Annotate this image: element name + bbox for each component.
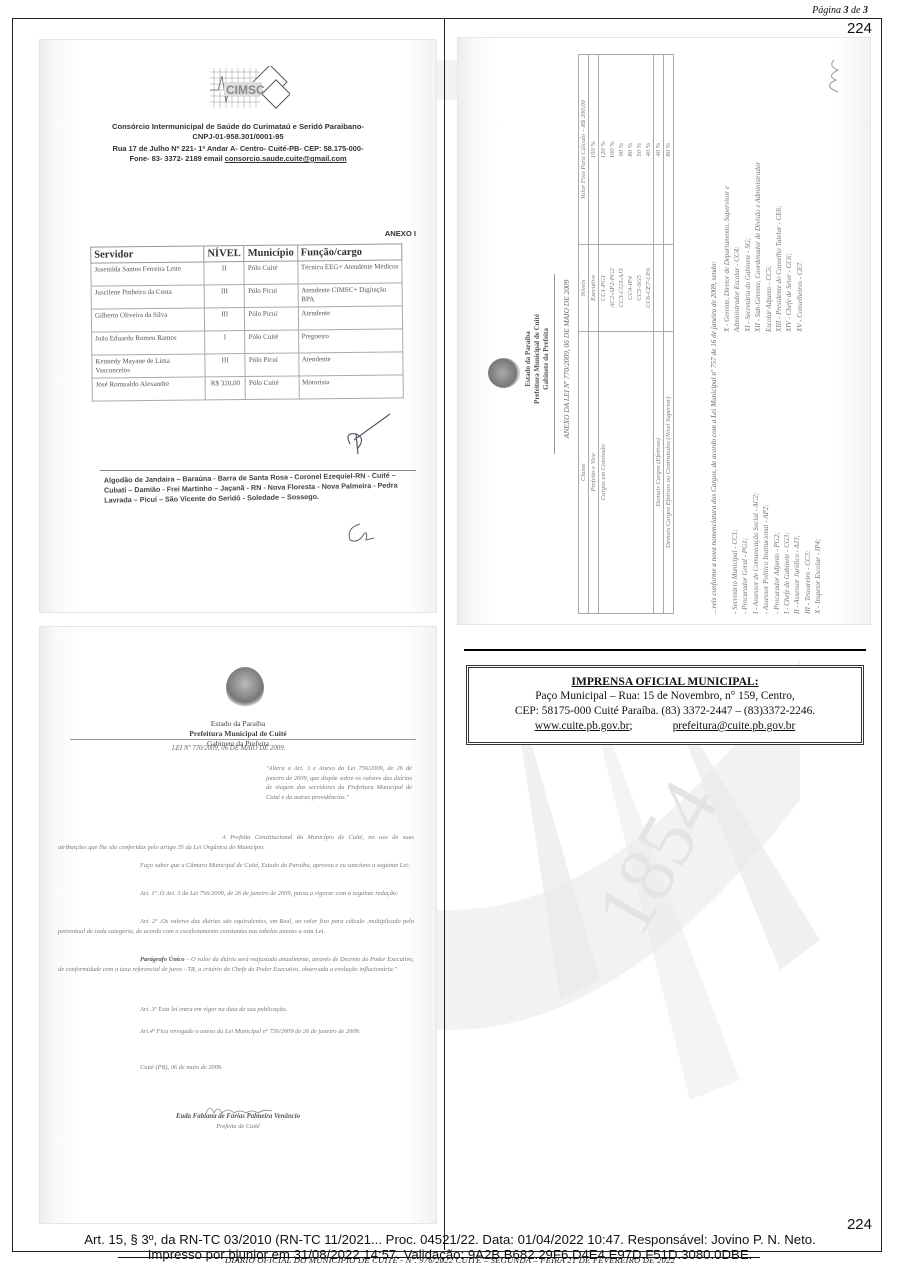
cell-funcao: Pregoeiro xyxy=(298,329,403,353)
cell-servidor: José Romualdo Alexandre xyxy=(92,377,205,401)
svg-text:CIMSC: CIMSC xyxy=(226,83,265,97)
imprensa-title: IMPRENSA OFICIAL MUNICIPAL: xyxy=(469,674,861,689)
cell-classe: Prefeito e Vice xyxy=(589,331,599,613)
cell-municipio: Pólo Picuí xyxy=(245,284,298,308)
table-row: CC5-SG550 % xyxy=(635,55,644,614)
cell-servidor: Gilberto Oliveira da Silva xyxy=(91,308,204,332)
cell-nivel: Executivo xyxy=(589,245,599,331)
sole-paragraph-label: Parágrafo Único xyxy=(58,956,185,963)
page-label-mid: de xyxy=(849,5,863,16)
col-header-funcao: Função/cargo xyxy=(297,244,402,261)
list-item: XI - Secretária do Gabinete - SG; xyxy=(743,162,753,332)
cell-nivel: R$ 320,00 xyxy=(205,377,246,400)
table-row: João Eduardo Romeu RamosIPólo CuitéPrego… xyxy=(92,329,403,355)
cell-classe: Cargos em Comissão xyxy=(599,331,609,613)
cell-nivel: II xyxy=(204,262,245,285)
cell-nivel: CC5-SG5 xyxy=(635,245,644,331)
cell-valor: 100 % xyxy=(608,55,617,245)
member-cities: Algodão de Jandaira – Baraúna - Barra de… xyxy=(104,470,412,505)
cell-nivel: AC2-AP2-PG2 xyxy=(608,245,617,331)
cell-classe: Demais Cargos (Efetivos) xyxy=(654,331,664,613)
cell-municipio: Pólo Cuité xyxy=(245,330,298,354)
list-item: I - Assessor de Comunicação Social - AC2… xyxy=(751,493,761,614)
municipal-crest-icon xyxy=(488,358,520,388)
list-item: XIV - Chefe de Setor - CC6; xyxy=(784,162,794,332)
signer-role: Prefeita de Cuité xyxy=(40,1123,436,1130)
table-row: Demais Cargos Efetivos ou Contratados (N… xyxy=(664,55,674,614)
head-gabinete: Gabinete da Prefeita xyxy=(542,94,551,624)
table-row: CC3-CG3-AJ390 % xyxy=(617,55,626,614)
head-state: Estado da Paraíba xyxy=(524,94,533,624)
divider xyxy=(464,649,866,651)
org-phone: Fone- 83- 3372- 2189 email xyxy=(129,154,224,163)
article-4: Art.4º Fica revogado o anexo da Lei Muni… xyxy=(58,1028,360,1035)
cimsc-org-header: Consórcio Intermunicipal de Saúde do Cur… xyxy=(40,122,436,142)
list-item: X - Inspetor Escolar - IP4; xyxy=(813,493,823,614)
head-prefeitura: Prefeitura Municipal de Cuité xyxy=(40,729,436,739)
cell-nivel: III xyxy=(204,285,245,308)
cell-nivel: CC3-CG3-AJ3 xyxy=(617,245,626,331)
col-header-servidor: Servidor xyxy=(91,246,204,263)
table-row: José Romualdo AlexandreR$ 320,00Pólo Cui… xyxy=(92,375,403,401)
cell-classe xyxy=(608,331,617,613)
cell-nivel: CC1-PG1 xyxy=(599,245,609,331)
table-row: CC4-IP480 % xyxy=(626,55,635,614)
cell-servidor: João Eduardo Romeu Ramos xyxy=(92,331,205,355)
cell-classe: Demais Cargos Efetivos ou Contratados (N… xyxy=(664,331,674,613)
page-indicator: Página 3 de 3 xyxy=(812,5,868,16)
footer-validation: Impresso por bjunior em 31/08/2022 14:57… xyxy=(0,1247,900,1262)
website-link[interactable]: www.cuite.pb.gov.br xyxy=(535,720,630,732)
footer-rule xyxy=(118,1257,760,1258)
table-row: Prefeito e ViceExecutivo150 % xyxy=(589,55,599,614)
annex-header: Estado da Paraíba Prefeitura Municipal d… xyxy=(524,94,551,624)
imprensa-oficial-box: IMPRENSA OFICIAL MUNICIPAL: Paço Municip… xyxy=(466,665,864,745)
scan-law-annex-rotated: Estado da Paraíba Prefeitura Municipal d… xyxy=(458,38,870,624)
cell-valor: 50 % xyxy=(635,55,644,245)
cell-nivel xyxy=(664,245,674,331)
divider xyxy=(70,739,416,740)
col-header-nivel: NÍVEL xyxy=(204,246,244,262)
cell-funcao: Motorista xyxy=(299,375,404,399)
table-row: Juscilene Pinheiro da CostaIIIPólo Picuí… xyxy=(91,283,402,309)
law-paragraph: Art. 2º .Os valores das diárias são equi… xyxy=(58,917,414,936)
table-row: AC2-AP2-PG2100 % xyxy=(608,55,617,614)
org-cnpj: CNPJ-01-958.301/0001-95 xyxy=(40,132,436,142)
list-item: XIII - Presidente do Conselho Tutelar - … xyxy=(774,162,784,332)
law-title: LEI Nº 770/2009, 06 DE MAIO DE 2009. xyxy=(172,745,285,752)
cell-servidor: Juscilene Pinheiro da Costa xyxy=(91,285,204,309)
cell-municipio: Pólo Cuité xyxy=(244,261,297,285)
cell-nivel: CC6-CE7-CE6 xyxy=(644,245,654,331)
scan-law-770: Estado da Paraíba Prefeitura Municipal d… xyxy=(40,627,436,1223)
col-header-niveis: Níveis xyxy=(579,245,589,331)
table-row: Cargos em ComissãoCC1-PG1120 % xyxy=(599,55,609,614)
law-paragraph: A Prefeita Constitucional do Município d… xyxy=(58,833,414,852)
cell-funcao: Atendente CIMSC+ Digitação BPA xyxy=(298,283,403,307)
list-item: - Procurador Geral - PG1; xyxy=(740,493,750,614)
cell-funcao: Atendente xyxy=(298,306,403,330)
list-item: III - Tesoureiro - CC3; xyxy=(803,493,813,614)
cell-funcao: Técnica EEG+ Atendente Médicos xyxy=(297,260,402,284)
signer-name: Euda Fabiana de Farias Palmeira Venâncio xyxy=(40,1113,436,1120)
cell-nivel: III xyxy=(204,308,245,331)
annex-title: ANEXO DA LEI Nº 770/2009, 06 DE MAIO DE … xyxy=(562,94,571,624)
list-item: XII - Sub-Gerente, Coordenador de Divisã… xyxy=(753,162,763,332)
list-item: II - Assessor Jurídico - AJ3; xyxy=(792,493,802,614)
cell-nivel: I xyxy=(205,331,246,354)
law-paragraph: Cuité (PB), 06 de maio de 2009. xyxy=(58,1063,414,1073)
law-paragraph: Faço saber que a Câmara Municipal de Cui… xyxy=(58,861,414,871)
cell-valor: 120 % xyxy=(599,55,609,245)
municipal-crest-icon xyxy=(226,667,264,709)
article-2: Art. 2º .Os valores das diárias são equi… xyxy=(58,918,414,935)
signature-mark-icon xyxy=(818,56,848,96)
org-name: Consórcio Intermunicipal de Saúde do Cur… xyxy=(40,122,436,132)
cell-municipio: Pólo Cuité xyxy=(245,376,298,400)
signature-mark-icon xyxy=(340,404,400,464)
table-row: CC6-CE7-CE640 % xyxy=(644,55,654,614)
table-row: Demais Cargos (Efetivos)40 % xyxy=(654,55,664,614)
cell-valor: 150 % xyxy=(589,55,599,245)
list-item: XV - Conselheiros - CE7. xyxy=(795,162,805,332)
cell-valor: 80 % xyxy=(626,55,635,245)
cell-valor: 80 % xyxy=(664,55,674,245)
table-row: Josenilda Santos Ferreira LeiteIIPólo Cu… xyxy=(91,260,402,286)
column-divider xyxy=(444,18,445,1250)
law-paragraph: Art.4º Fica revogado o anexo da Lei Muni… xyxy=(58,1027,414,1037)
place-date: Cuité (PB), 06 de maio de 2009. xyxy=(58,1064,223,1071)
law-summary: "Altera o Art. 3 e Anexo da Lei 756/2009… xyxy=(266,764,412,802)
cell-classe xyxy=(617,331,626,613)
page-number-bottom: 224 xyxy=(847,1216,872,1233)
list-item: - Assessor Político Institucional - AP2; xyxy=(761,493,771,614)
list-item: Administrador Escolar - CC4; xyxy=(732,162,742,332)
law-paragraph: Art. 3º Esta lei entra em vigor na data … xyxy=(58,1005,414,1015)
cimsc-logo-icon: CIMSC xyxy=(208,66,290,118)
cell-valor: 40 % xyxy=(644,55,654,245)
org-email-link[interactable]: consorcio.saude.cuite@gmail.com xyxy=(225,154,347,163)
list-item: X - Gerente, Diretor de Departamento, Su… xyxy=(722,162,732,332)
law-paragraph: Art. 1º .O Art. 3 da Lei 756/2009, de 26… xyxy=(58,889,414,899)
page-total: 3 xyxy=(863,5,868,16)
cell-nivel xyxy=(654,245,664,331)
list-item: I - Chefe de Gabinete - CG3; xyxy=(782,493,792,614)
scan-cimsc-annex: CIMSC Consórcio Intermunicipal de Saúde … xyxy=(40,40,436,612)
cell-valor: 90 % xyxy=(617,55,626,245)
page-label-prefix: Página xyxy=(812,5,843,16)
initials-mark-icon xyxy=(340,518,380,548)
col-header-municipio: Município xyxy=(244,245,297,262)
list-item: - Secretário Municipal - CC1; xyxy=(730,493,740,614)
email-link[interactable]: prefeitura@cuite.pb.gov.br xyxy=(673,720,796,732)
law-paragraph: Parágrafo Único – O valor da diária será… xyxy=(58,955,414,974)
rotated-page: Estado da Paraíba Prefeitura Municipal d… xyxy=(458,38,870,624)
cell-valor: 40 % xyxy=(654,55,664,245)
cell-classe xyxy=(635,331,644,613)
imprensa-address: Paço Municipal – Rua: 15 de Novembro, n°… xyxy=(469,689,861,704)
cell-municipio: Pólo Picuí xyxy=(245,353,298,377)
cell-nivel: III xyxy=(205,354,246,377)
divider xyxy=(554,274,555,454)
positions-list-left: - Secretário Municipal - CC1;- Procurado… xyxy=(730,493,824,614)
annex-label: ANEXO I xyxy=(385,229,416,238)
table-row: Gilberto Oliveira da SilvaIIIPólo PicuíA… xyxy=(91,306,402,332)
cell-servidor: Kennedy Mayane de Lima Vasconcelos xyxy=(92,354,205,378)
daily-rates-table: Classe Níveis Valor Fixo Para Cálculo – … xyxy=(578,54,674,614)
annex-intro: ...veis conforme a nova nomenclatura dos… xyxy=(710,261,718,614)
imprensa-phones: CEP: 58175-000 Cuité Paraíba. (83) 3372-… xyxy=(469,704,861,719)
col-header-classe: Classe xyxy=(579,331,589,613)
cell-municipio: Pólo Picuí xyxy=(245,307,298,331)
head-state: Estado da Paraíba xyxy=(40,719,436,729)
article-1: Art. 1º .O Art. 3 da Lei 756/2009, de 26… xyxy=(58,890,398,897)
cell-nivel: CC4-IP4 xyxy=(626,245,635,331)
article-3: Art. 3º Esta lei entra em vigor na data … xyxy=(58,1006,287,1013)
cell-classe xyxy=(626,331,635,613)
cell-servidor: Josenilda Santos Ferreira Leite xyxy=(91,262,204,286)
servers-table: Servidor NÍVEL Município Função/cargo Jo… xyxy=(90,243,404,401)
list-item: - Procurador Adjunto - PG2; xyxy=(772,493,782,614)
page-number-top: 224 xyxy=(847,20,872,37)
head-prefeitura: Prefeitura Municipal de Cuité xyxy=(533,94,542,624)
list-item: Escolar Adjunto - CC5; xyxy=(764,162,774,332)
cell-classe xyxy=(644,331,654,613)
org-address: Rua 17 de Julho Nº 221- 1ª Andar A- Cent… xyxy=(40,144,436,154)
table-row: Kennedy Mayane de Lima VasconcelosIIIPól… xyxy=(92,352,403,378)
positions-list-right: X - Gerente, Diretor de Departamento, Su… xyxy=(722,162,805,332)
cell-funcao: Atendente xyxy=(298,352,403,376)
paragraph-2: Faço saber que a Câmara Municipal de Cui… xyxy=(58,862,410,869)
cimsc-address: Rua 17 de Julho Nº 221- 1ª Andar A- Cent… xyxy=(40,144,436,164)
col-header-valor: Valor Fixo Para Cálculo – R$ 200,00 xyxy=(579,55,589,245)
footer-signature-note: Art. 15, § 3º, da RN-TC 03/2010 (RN-TC 1… xyxy=(0,1232,900,1247)
